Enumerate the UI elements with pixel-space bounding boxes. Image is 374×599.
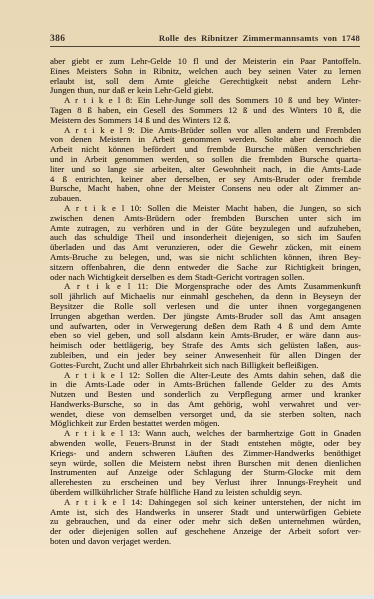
text-line: Meistern des Sommers 14 ß und des Winter… bbox=[50, 116, 361, 126]
text-line: A r t i k e l 12: Sollen die Alter-Leute… bbox=[50, 371, 361, 381]
text-line: zubleiben, und ein jeder bey seiner Anwe… bbox=[50, 351, 361, 361]
text-line: A r t i k e l 11: Die Morgensprache oder… bbox=[50, 282, 361, 292]
text-line: der oder diejenigen sollen auf geschehen… bbox=[50, 527, 361, 537]
text-line: aber giebt er zum Lehr-Gelde 10 fl und d… bbox=[50, 57, 361, 67]
text-line: allerehesten zu erscheinen und bey Verlu… bbox=[50, 478, 361, 488]
text-line: Amte ist, sich des Handwerks in unserer … bbox=[50, 508, 361, 518]
text-line: und aufwarten, oder in Verwegerung deßen… bbox=[50, 322, 361, 332]
text-line: zu gebrauchen, und da einer oder mehr si… bbox=[50, 517, 361, 527]
header-rule bbox=[50, 46, 360, 47]
text-line: Handwerks-Bursche, so in das Amt gehörig… bbox=[50, 400, 361, 410]
text-line: erlaubt ist, soll dem Amte gleiche Gerec… bbox=[50, 77, 361, 87]
text-line: Arbeit nicht können befördert und frembd… bbox=[50, 145, 361, 155]
text-line: A r t i k e l 10: Sollen die Meister Mac… bbox=[50, 204, 361, 214]
page-number: 386 bbox=[50, 34, 65, 44]
text-line: soll jährlich auf Michaelis nur einmahl … bbox=[50, 292, 361, 302]
text-line: überdem willkührlicher Strafe hülfliche … bbox=[50, 488, 361, 498]
text-line: liter und so lange sie arbeiten, alter G… bbox=[50, 165, 361, 175]
text-line: eben so viel geben, und soll alsdann kei… bbox=[50, 331, 361, 341]
text-line: auch das schuldige Theil und insonderhei… bbox=[50, 233, 361, 243]
text-line: 4 ß entrichten, keiner aber derselben, e… bbox=[50, 175, 361, 185]
text-line: und in Arbeit genommen werden, so sollen… bbox=[50, 155, 361, 165]
text-line: zubauen. bbox=[50, 194, 361, 204]
text-line: Nutzen und Besten und sonderlich zu Verp… bbox=[50, 390, 361, 400]
text-line: A r t i k e l 8: Ein Lehr-Junge soll des… bbox=[50, 96, 361, 106]
text-line: wendet, diese von demselben versorget un… bbox=[50, 410, 361, 420]
text-line: boten und davon verjaget werden. bbox=[50, 537, 361, 547]
text-line: heimisch oder bettlägerig, bey Strafe de… bbox=[50, 341, 361, 351]
text-line: sitzern offenbahren, die denn entweder d… bbox=[50, 263, 361, 273]
text-line: Gottes-Furcht, Zucht und aller Ehrbahrke… bbox=[50, 361, 361, 371]
text-line: in die Amts-Lade oder in Amts-Brüchen fa… bbox=[50, 380, 361, 390]
text-line: Eines Meisters Sohn in Ribnitz, welchen … bbox=[50, 67, 361, 77]
text-line: Irrungen abgethan werden. Der jüngste Am… bbox=[50, 312, 361, 322]
text-line: seyn würde, sollen die Meistern nebst ih… bbox=[50, 459, 361, 469]
text-line: A r t i k e l 13: Wann auch, welches der… bbox=[50, 429, 361, 439]
body-text: aber giebt er zum Lehr-Gelde 10 fl und d… bbox=[50, 57, 361, 547]
text-line: Tagen 8 ß haben, ein Gesell des Sommers … bbox=[50, 106, 361, 116]
running-title: Rolle des Ribnitzer Zimmermannsamts von … bbox=[159, 33, 360, 43]
text-line: oder nach Wichtigkeit derselben es dem S… bbox=[50, 273, 361, 283]
text-line: Beysitzer die Rolle soll verlesen und di… bbox=[50, 302, 361, 312]
text-line: von denen Meistern in Arbeit genommen we… bbox=[50, 135, 361, 145]
text-line: A r t i k e l 9: Die Amts-Brüder sollen … bbox=[50, 126, 361, 136]
text-line: Amts-Bruche zu belegen, und, was sie nic… bbox=[50, 253, 361, 263]
text-line: Bursche, Macht haben, ohne der Meister C… bbox=[50, 184, 361, 194]
text-line: überladen und das Amt verunzieren, oder … bbox=[50, 243, 361, 253]
text-line: Jungen thun, nur daß er kein Lehr-Geld g… bbox=[50, 86, 361, 96]
text-line: Amte zutragen, zu verhören und in der Gü… bbox=[50, 224, 361, 234]
text-line: abwenden wolle, Feuers-Brunst in der Sta… bbox=[50, 439, 361, 449]
text-line: Kriegs- und andern schweren Läuften des … bbox=[50, 449, 361, 459]
text-line: Möglichkeit zur Erden bestattet werden m… bbox=[50, 419, 361, 429]
text-line: A r t i k e l 14: Dahingegen sol sich ke… bbox=[50, 498, 361, 508]
page-header: 386 Rolle des Ribnitzer Zimmermannsamts … bbox=[50, 33, 360, 44]
text-line: Instrumenten auf Anzeige oder Schlagung … bbox=[50, 468, 361, 478]
scanned-book-page: 386 Rolle des Ribnitzer Zimmermannsamts … bbox=[0, 0, 374, 595]
text-line: zwischen denen Amts-Brüdern oder frembde… bbox=[50, 214, 361, 224]
